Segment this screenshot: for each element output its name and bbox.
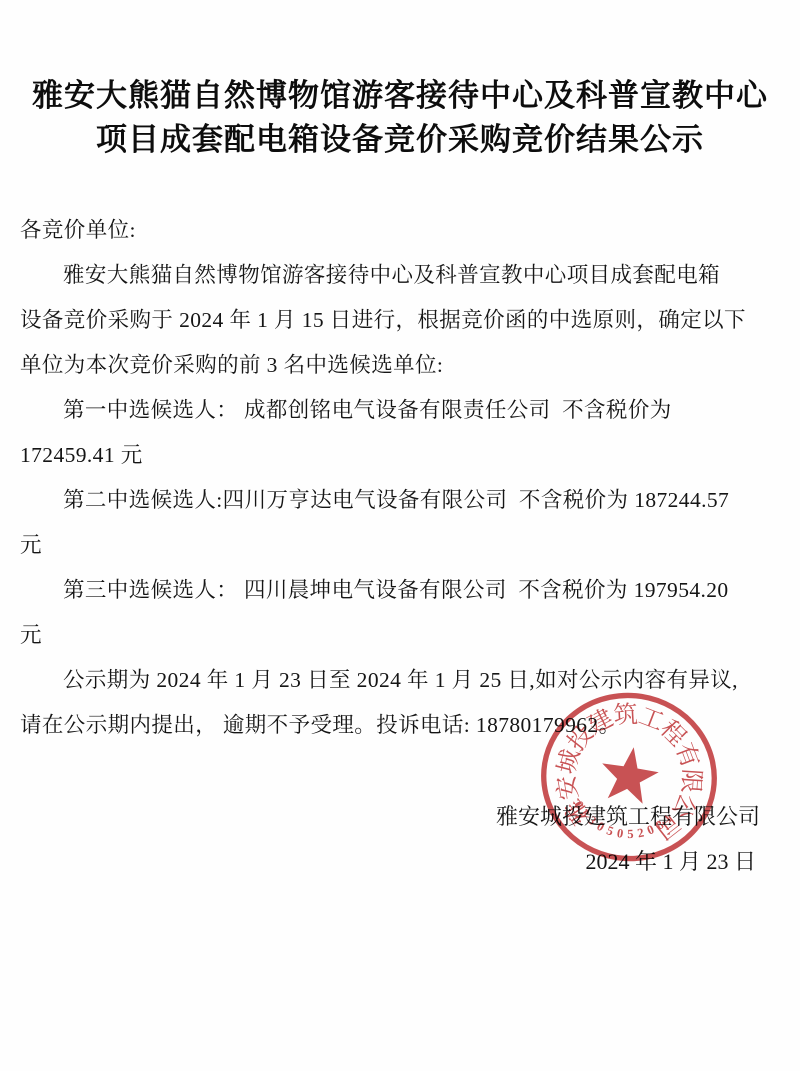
signature-date: 2024 年 1 月 23 日 (0, 839, 756, 884)
document-body: 各竞价单位: 雅安大熊猫自然博物馆游客接待中心及科普宣教中心项目成套配电箱 设备… (20, 208, 784, 748)
paragraph-candidate-1: 第一中选候选人： 成都创铭电气设备有限责任公司 不含税价为 172459.41 … (20, 388, 784, 478)
signature-company: 雅安城投建筑工程有限公司 (0, 794, 760, 839)
document-page: 雅安大熊猫自然博物馆游客接待中心及科普宣教中心 项目成套配电箱设备竞价采购竞价结… (0, 0, 800, 1071)
paragraph-candidate-2: 第二中选候选人:四川万亨达电气设备有限公司 不含税价为 187244.57 元 (20, 478, 784, 568)
svg-text:限: 限 (676, 768, 704, 794)
title-line-2: 项目成套配电箱设备竞价采购竞价结果公示 (28, 118, 772, 162)
salutation: 各竞价单位: (20, 208, 784, 253)
paragraph-publicity-period: 公示期为 2024 年 1 月 23 日至 2024 年 1 月 25 日,如对… (20, 658, 784, 748)
paragraph-procurement-intro: 雅安大熊猫自然博物馆游客接待中心及科普宣教中心项目成套配电箱 设备竞价采购于 2… (20, 253, 784, 388)
svg-text:城: 城 (553, 747, 585, 777)
signature-block: 雅安城投建筑工程有限公司 2024 年 1 月 23 日 (0, 794, 800, 884)
paragraph-candidate-3: 第三中选候选人： 四川晨坤电气设备有限公司 不含税价为 197954.20 元 (20, 568, 784, 658)
document-title: 雅安大熊猫自然博物馆游客接待中心及科普宣教中心 项目成套配电箱设备竞价采购竞价结… (28, 74, 772, 162)
title-line-1: 雅安大熊猫自然博物馆游客接待中心及科普宣教中心 (28, 74, 772, 118)
